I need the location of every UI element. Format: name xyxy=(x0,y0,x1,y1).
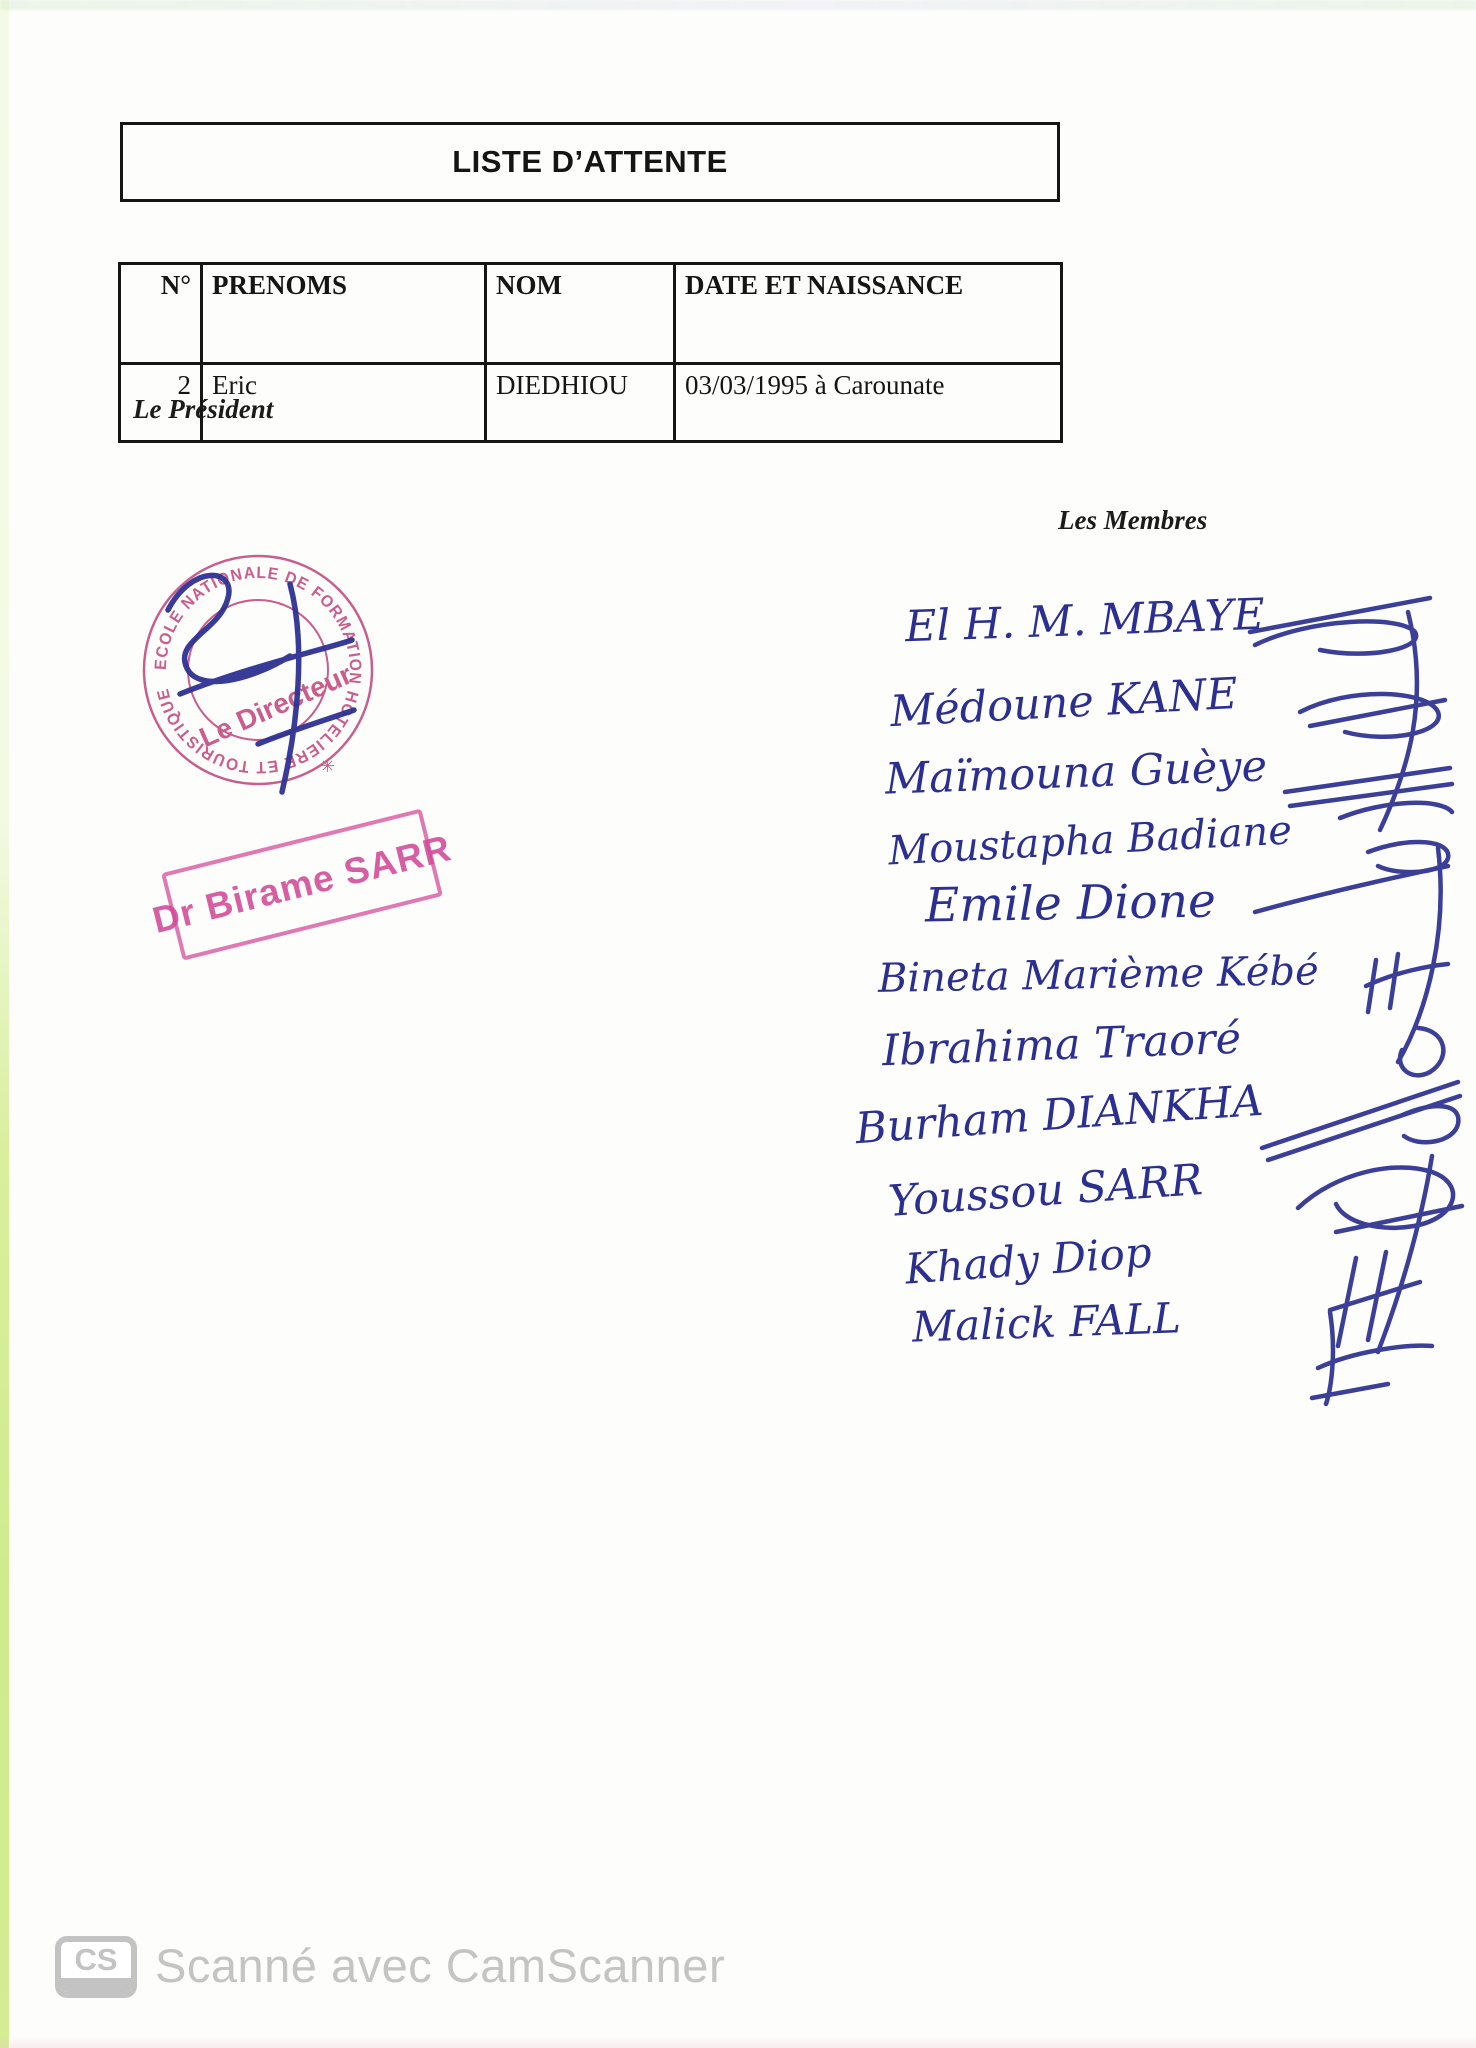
scan-edge-bottom xyxy=(0,2036,1476,2048)
flourish-kane xyxy=(1300,694,1445,737)
header-nom: NOM xyxy=(486,264,675,364)
table-header-row: N° PRENOMS NOM DATE ET NAISSANCE xyxy=(120,264,1062,364)
member-signature: Moustapha Badiane xyxy=(887,807,1293,874)
member-signature: Khady Diop xyxy=(904,1227,1154,1293)
flourish-diop xyxy=(1330,1156,1432,1352)
flourish-badiane xyxy=(1368,842,1448,872)
president-signature-cross xyxy=(258,710,354,744)
member-signature: Youssou SARR xyxy=(887,1155,1205,1227)
flourish-kebe xyxy=(1366,954,1448,1012)
rect-stamp: Dr Birame SARR xyxy=(161,809,443,961)
cell-nom: DIEDHIOU xyxy=(486,364,675,442)
rect-stamp-text: Dr Birame SARR xyxy=(148,827,455,942)
cell-date-naissance: 03/03/1995 à Carounate xyxy=(675,364,1062,442)
camscanner-footer: CS Scanné avec CamScanner xyxy=(55,1936,725,1998)
flourish-gueye xyxy=(1285,768,1452,818)
member-signature: Emile Dione xyxy=(925,873,1217,933)
header-prenoms: PRENOMS xyxy=(202,264,486,364)
president-heading: Le Président xyxy=(133,394,273,425)
member-signature: Médoune KANE xyxy=(889,669,1239,737)
header-date-naissance: DATE ET NAISSANCE xyxy=(675,264,1062,364)
flourish-sarr xyxy=(1298,1168,1462,1233)
member-signature: Malick FALL xyxy=(911,1293,1181,1351)
member-signature: Maïmouna Guèye xyxy=(884,741,1268,804)
scan-edge-left xyxy=(0,0,9,2048)
member-signature: Burham DIANKHA xyxy=(854,1076,1265,1154)
members-heading: Les Membres xyxy=(1058,505,1207,536)
member-signature: El H. M. MBAYE xyxy=(904,590,1265,653)
scanned-document-page: LISTE D’ATTENTE N° PRENOMS NOM DATE ET N… xyxy=(0,0,1476,2048)
flourish-mbaye xyxy=(1250,598,1430,654)
flourish-fall xyxy=(1312,1312,1432,1404)
header-num: N° xyxy=(120,264,202,364)
president-signature-underline xyxy=(180,640,352,694)
camscanner-logo-bar xyxy=(61,1978,131,1992)
scan-edge-top xyxy=(0,0,1476,10)
president-signature xyxy=(140,548,360,808)
camscanner-logo-letters: CS xyxy=(61,1942,131,1978)
flourish-diankha xyxy=(1262,1082,1460,1160)
camscanner-logo-icon: CS xyxy=(55,1936,137,1998)
title-box: LISTE D’ATTENTE xyxy=(120,122,1060,202)
camscanner-watermark: Scanné avec CamScanner xyxy=(155,1938,725,1993)
flourish-tail-1 xyxy=(1380,612,1417,830)
page-title: LISTE D’ATTENTE xyxy=(452,144,728,180)
president-signature-descender xyxy=(282,584,299,792)
member-signature: Ibrahima Traoré xyxy=(881,1014,1242,1076)
flourish-traore xyxy=(1400,1028,1443,1075)
member-signature: Bineta Marième Kébé xyxy=(878,948,1319,1002)
